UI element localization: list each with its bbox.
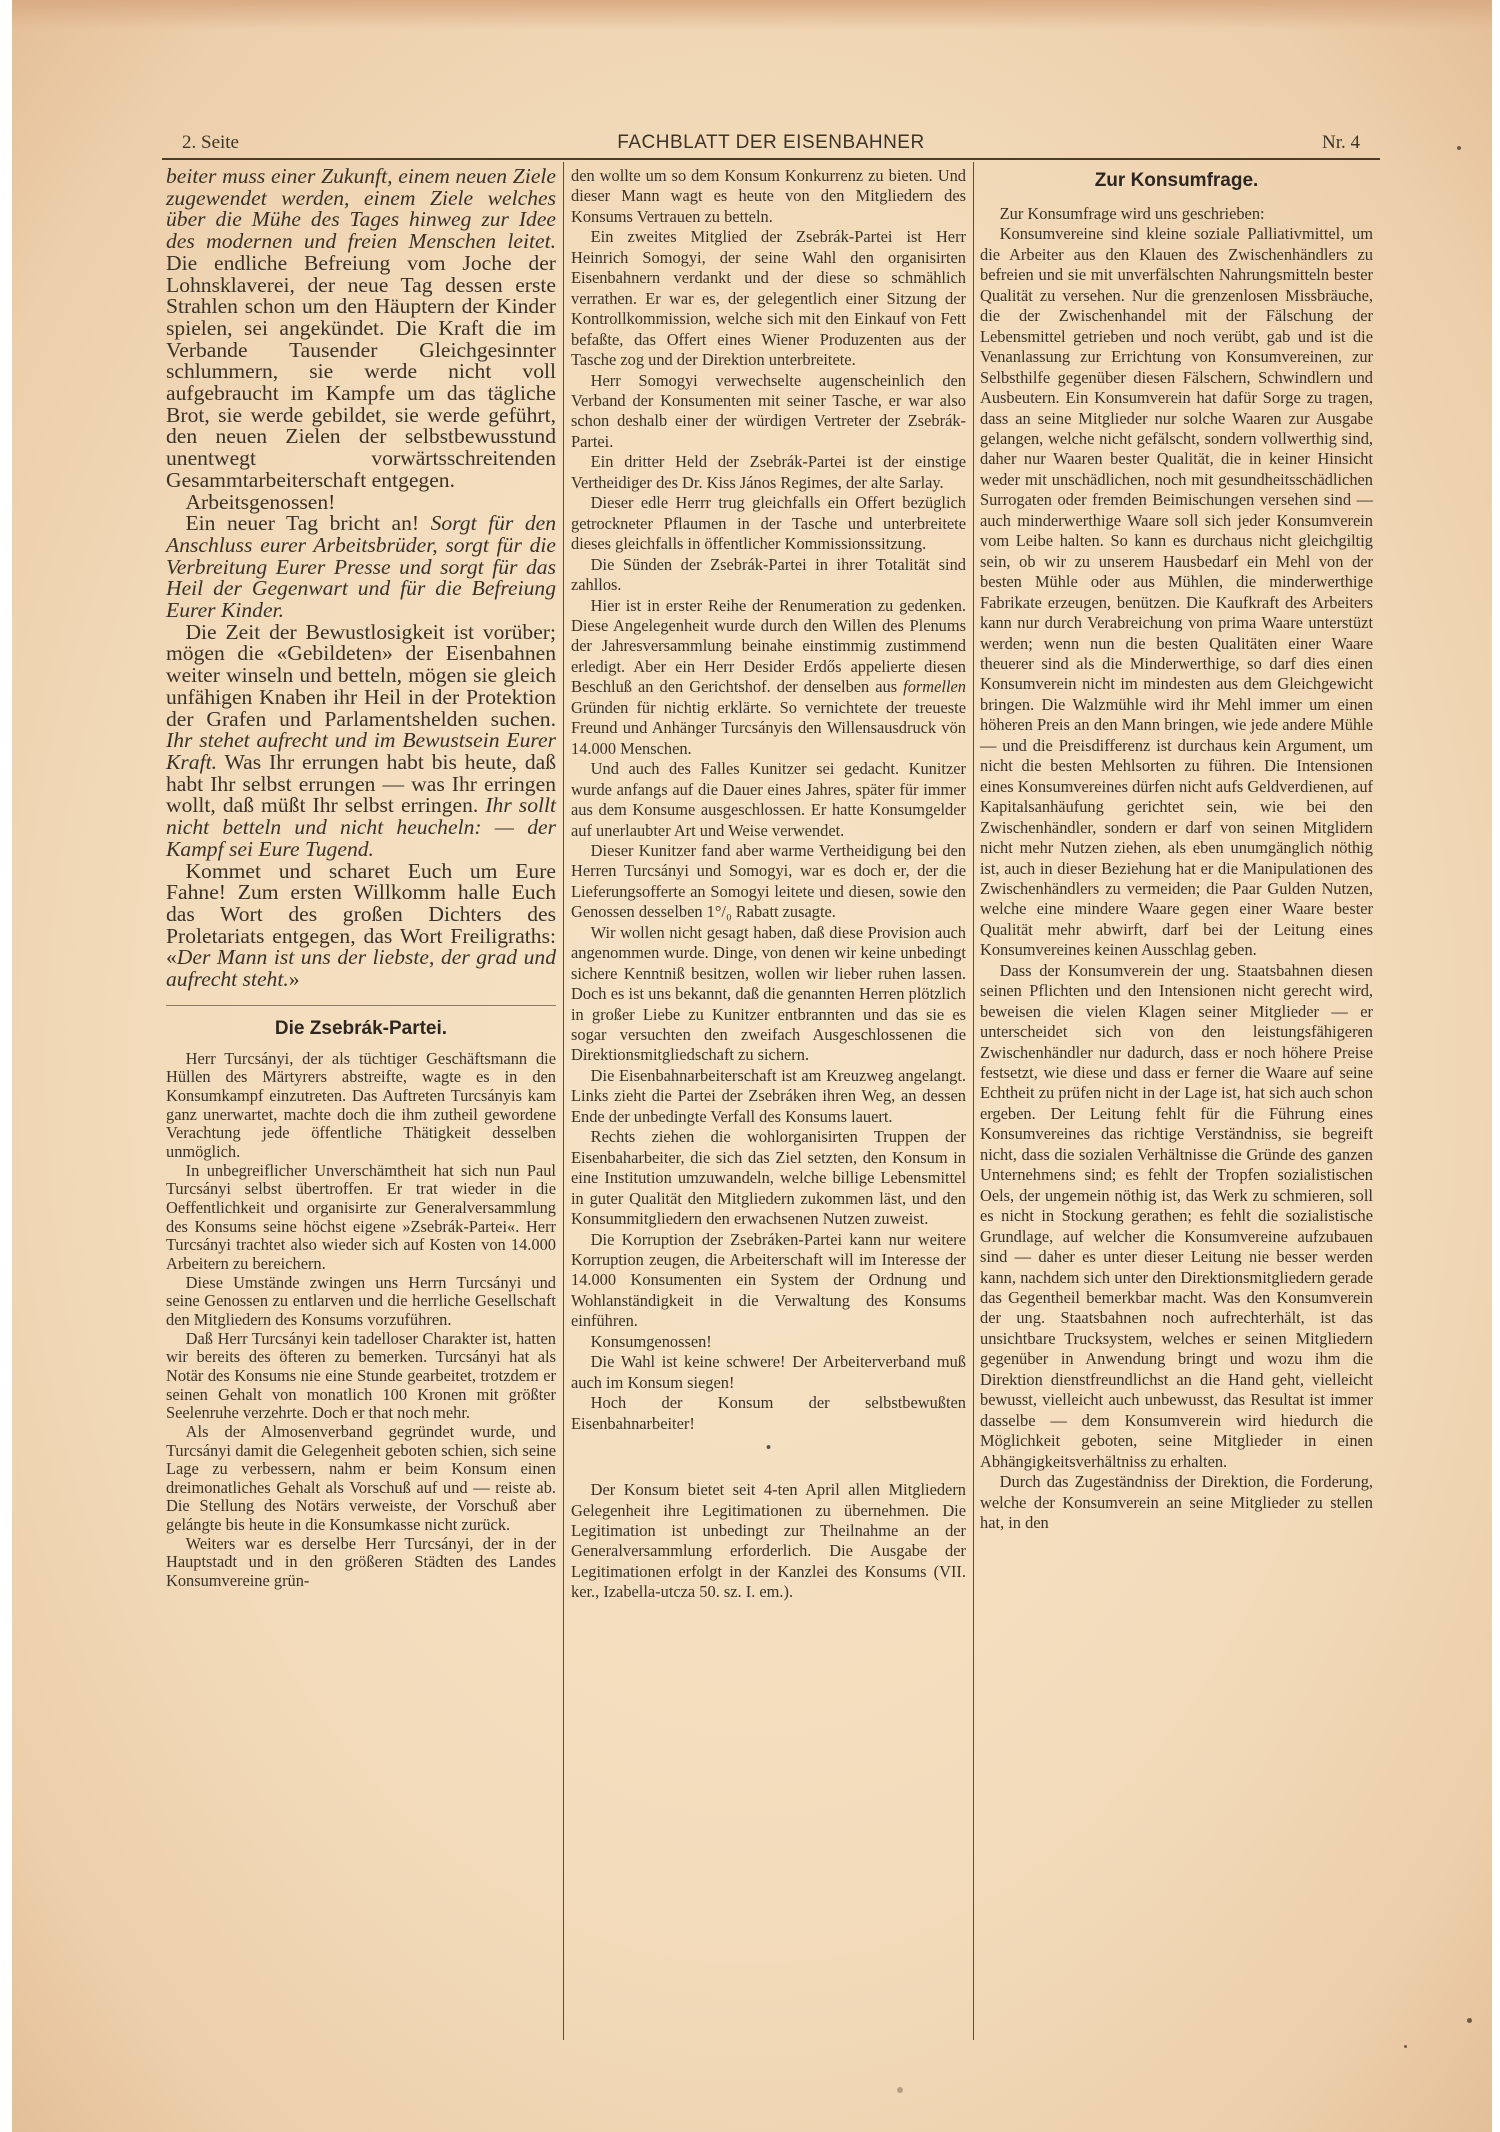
paragraph: Ein zweites Mitglied der Zsebrák-Partei …	[571, 227, 966, 370]
paragraph: den wollte um so dem Konsum Konkurrenz z…	[571, 166, 966, 227]
newspaper-page: 2. Seite FACHBLATT DER EISENBAHNER Nr. 4…	[12, 0, 1492, 2132]
paragraph: Die Zeit der Bewustlosigkeit ist vorüber…	[166, 622, 556, 861]
column-divider-2	[973, 162, 974, 2040]
paragraph: Herr Turcsányi, der als tüchtiger Geschä…	[166, 1050, 556, 1162]
italic-text: formellen	[903, 677, 966, 696]
spacer	[571, 1462, 966, 1480]
paper-speck	[1457, 146, 1461, 150]
publication-title: FACHBLATT DER EISENBAHNER	[162, 132, 1380, 154]
paragraph: Kommet und scharet Euch um Eure Fahne! Z…	[166, 861, 556, 991]
paragraph: beiter muss einer Zukunft, einem neuen Z…	[166, 166, 556, 492]
paragraph: Diese Umstände zwingen uns Herrn Turcsán…	[166, 1274, 556, 1330]
article-title: Zur Konsumfrage.	[980, 168, 1373, 194]
paragraph: Konsumvereine sind kleine soziale Pallia…	[980, 224, 1373, 960]
paragraph: Daß Herr Turcsányi kein tadelloser Chara…	[166, 1330, 556, 1423]
paragraph: Weiters war es derselbe Herr Turcsányi, …	[166, 1535, 556, 1591]
paragraph: Herr Somogyi verwechselte augenscheinlic…	[571, 371, 966, 453]
paragraph: Durch das Zugeständniss der Direktion, d…	[980, 1472, 1373, 1533]
paragraph: Dieser Kunitzer fand aber warme Vertheid…	[571, 841, 966, 923]
notice-paragraph: Der Konsum bietet seit 4-ten April allen…	[571, 1480, 966, 1603]
paragraph: Arbeitsgenossen!	[166, 492, 556, 514]
section-divider	[166, 1005, 556, 1006]
article-title: Die Zsebrák-Partei.	[166, 1016, 556, 1042]
paragraph: In unbegreiflicher Unverschämtheit hat s…	[166, 1162, 556, 1274]
paragraph: Konsumgenossen!	[571, 1332, 966, 1352]
header-rule	[162, 158, 1380, 160]
text: »	[289, 967, 300, 991]
text: Ein neuer Tag bricht an!	[185, 511, 430, 535]
paragraph: Die Wahl ist keine schwere! Der Arbeiter…	[571, 1352, 966, 1393]
paper-speck	[1467, 2018, 1472, 2023]
page-edge-shadow	[12, 0, 1492, 30]
paragraph: Die Korruption der Zsebráken-Partei kann…	[571, 1230, 966, 1332]
paragraph: Und auch des Falles Kunitzer sei gedacht…	[571, 759, 966, 841]
paragraph: Die Sünden der Zsebrák-Partei in ihrer T…	[571, 555, 966, 596]
italic-text: beiter muss einer Zukunft, einem neuen Z…	[166, 164, 556, 253]
issue-number: Nr. 4	[1322, 132, 1360, 154]
paragraph: Die Eisenbahnarbeiterschaft ist am Kreuz…	[571, 1066, 966, 1127]
paragraph: Ein dritter Held der Zsebrák-Partei ist …	[571, 452, 966, 493]
text: Die endliche Befreiung vom Joche der Loh…	[166, 251, 556, 492]
paragraph: Hoch der Konsum der selbstbewußten Eisen…	[571, 1393, 966, 1434]
paper-speck	[897, 2087, 903, 2093]
paragraph: Rechts ziehen die wohlorganisirten Trupp…	[571, 1127, 966, 1229]
column-divider-1	[563, 162, 564, 2040]
paragraph: Zur Konsumfrage wird uns geschrieben:	[980, 204, 1373, 224]
column-1: beiter muss einer Zukunft, einem neuen Z…	[166, 166, 556, 1591]
text: Arbeitsgenossen!	[185, 490, 335, 514]
column-3: Zur Konsumfrage. Zur Konsumfrage wird un…	[980, 166, 1373, 1533]
paragraph: Dieser edle Herrr trug gleichfalls ein O…	[571, 493, 966, 554]
separator-dot-icon: •	[571, 1434, 966, 1462]
paper-speck	[1404, 2045, 1407, 2048]
italic-text: Der Mann ist uns der liebste, der grad u…	[166, 945, 556, 991]
column-2: den wollte um so dem Konsum Konkurrenz z…	[571, 166, 966, 1603]
paragraph: Hier ist in erster Reihe der Renumeratio…	[571, 596, 966, 760]
paragraph: Dass der Konsumverein der ung. Staatsbah…	[980, 961, 1373, 1472]
text: Die Zeit der Bewustlosigkeit ist vorüber…	[166, 620, 556, 731]
paragraph: Ein neuer Tag bricht an! Sorgt für den A…	[166, 513, 556, 622]
text: Gründen für nichtig erklärte. So vernich…	[571, 698, 966, 758]
running-head: 2. Seite FACHBLATT DER EISENBAHNER Nr. 4	[162, 132, 1380, 158]
article-body: Herr Turcsányi, der als tüchtiger Geschä…	[166, 1050, 556, 1591]
paragraph: Wir wollen nicht gesagt haben, daß diese…	[571, 923, 966, 1066]
paragraph: Als der Almosenverband gegründet wurde, …	[166, 1423, 556, 1535]
